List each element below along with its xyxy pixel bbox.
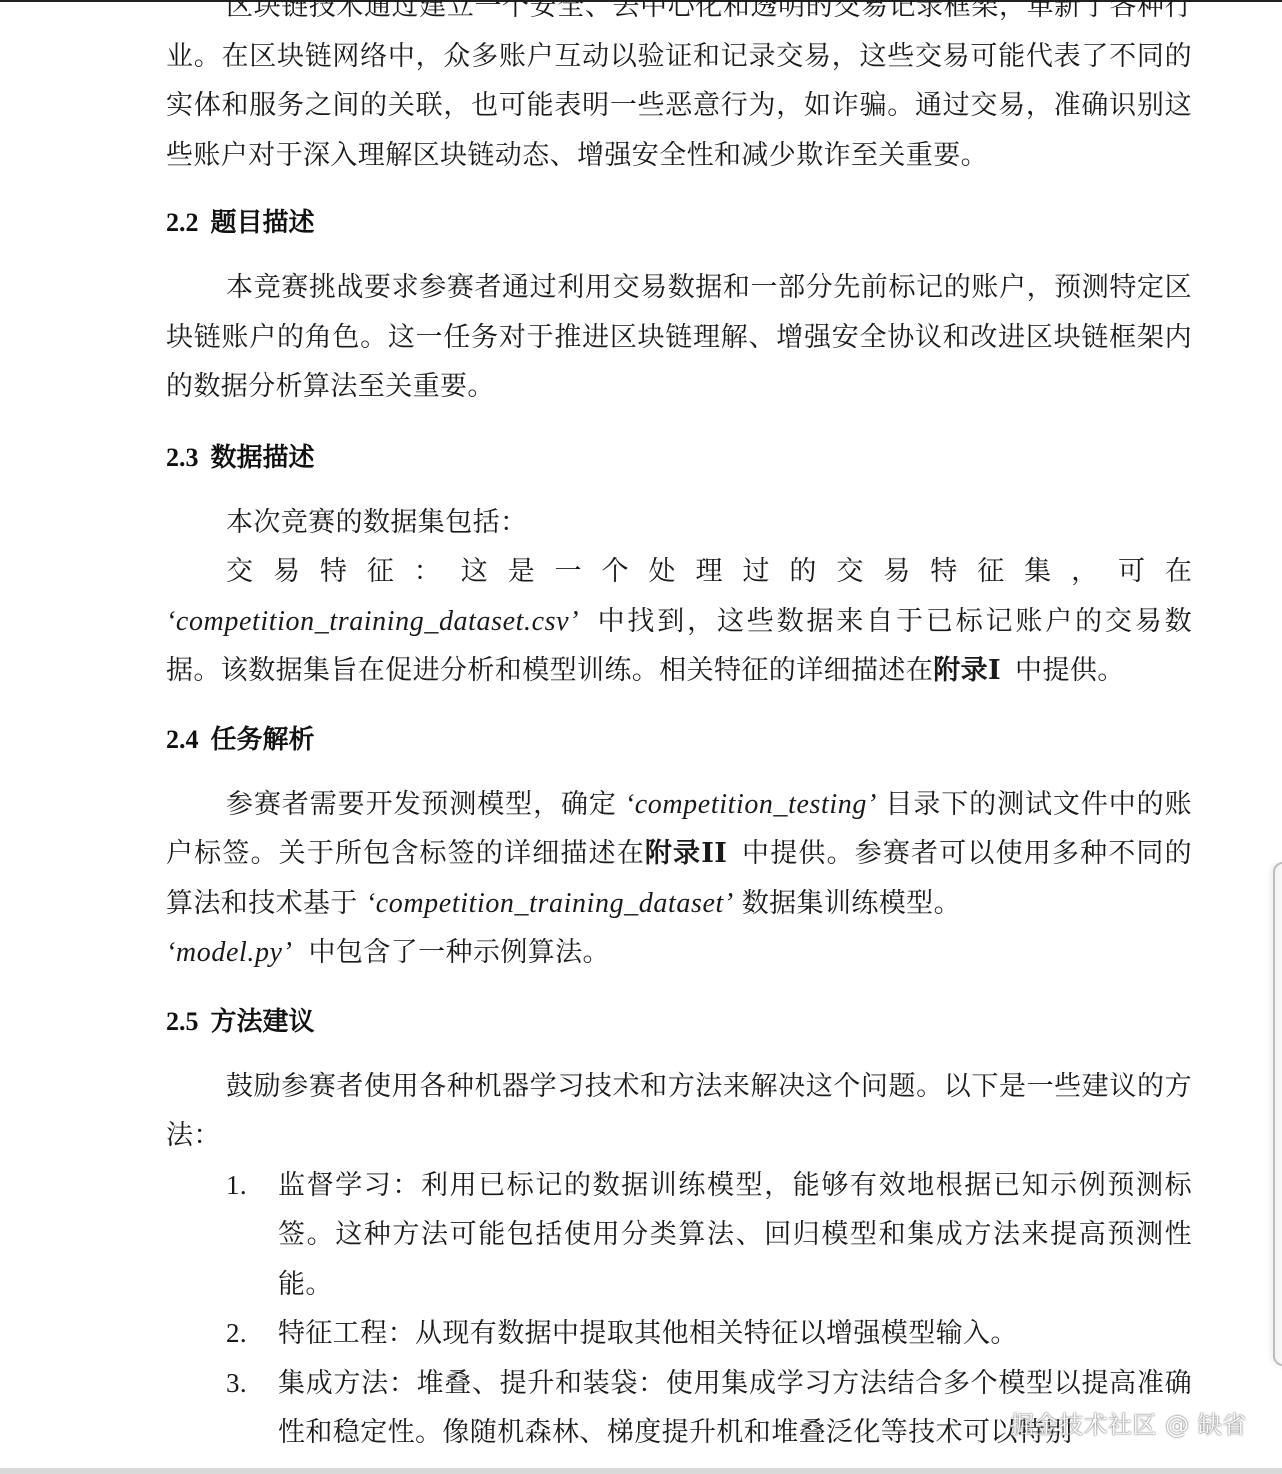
section-heading-2-5: 2.5方法建议 [166,1006,1192,1038]
training-dataset-name: ‘competition_training_dataset’ [366,888,734,919]
list-number: 2. [166,1309,278,1359]
section-heading-2-3: 2.3数据描述 [166,442,1192,474]
section-heading-2-4: 2.4任务解析 [166,724,1192,756]
list-item: 1. 监督学习：利用已标记的数据训练模型，能够有效地根据已知示例预测标签。这种方… [166,1161,1192,1310]
model-file-name: ‘model.py’ [166,937,293,968]
section-2-5-paragraph: 鼓励参赛者使用各种机器学习技术和方法来解决这个问题。以下是一些建议的方法： [166,1062,1192,1161]
dataset-filename: ‘competition_training_dataset.csv’ [166,606,579,637]
section-2-4-paragraph: 参赛者需要开发预测模型，确定‘competition_testing’目录下的测… [166,780,1192,978]
feature-tail: 中提供。 [1015,655,1125,686]
task-text-end: 中包含了一种示例算法。 [309,937,610,968]
section-title: 数据描述 [211,443,315,473]
section-2-3-feature-paragraph: ‘competition_training_dataset.csv’中找到，这些… [166,597,1192,696]
watermark: 掘金技术社区 @ 缺省 [1010,1405,1247,1440]
list-text: 特征工程：从现有数据中提取其他相关特征以增强模型输入。 [278,1309,1192,1359]
section-heading-2-2: 2.2题目描述 [166,207,1192,239]
section-number: 2.3 [166,443,199,472]
section-2-2-paragraph: 本竞赛挑战要求参赛者通过利用交易数据和一部分先前标记的账户，预测特定区块链账户的… [166,263,1192,412]
list-number: 1. [166,1161,278,1310]
section-number: 2.5 [166,1007,199,1036]
list-text: 监督学习：利用已标记的数据训练模型，能够有效地根据已知示例预测标签。这种方法可能… [278,1161,1192,1310]
bottom-edge-bar [0,1468,1282,1474]
list-number: 3. [166,1359,278,1458]
list-item: 2. 特征工程：从现有数据中提取其他相关特征以增强模型输入。 [166,1309,1192,1359]
document-page: 区块链技术通过建立一个安全、去中心化和透明的交易记录框架，革新了各种行业。在区块… [166,0,1192,1458]
appendix-1-ref: 附录I [933,655,1001,686]
section-title: 任务解析 [211,725,315,755]
section-2-3-intro: 本次竞赛的数据集包括： [166,498,1192,548]
section-2-3-feature-first-line: 交易特征：这是一个处理过的交易特征集，可在 [166,547,1192,597]
section-number: 2.2 [166,208,199,237]
task-text-mid3: 数据集训练模型。 [742,888,961,919]
appendix-2-ref: 附录II [645,838,727,869]
task-text-start: 参赛者需要开发预测模型，确定 [226,789,617,820]
section-title: 方法建议 [211,1007,315,1037]
intro-paragraph: 区块链技术通过建立一个安全、去中心化和透明的交易记录框架，革新了各种行业。在区块… [166,0,1192,180]
side-scroll-handle[interactable] [1273,862,1282,1366]
testing-dir-name: ‘competition_testing’ [625,789,877,820]
section-title: 题目描述 [211,208,315,238]
section-number: 2.4 [166,725,199,754]
